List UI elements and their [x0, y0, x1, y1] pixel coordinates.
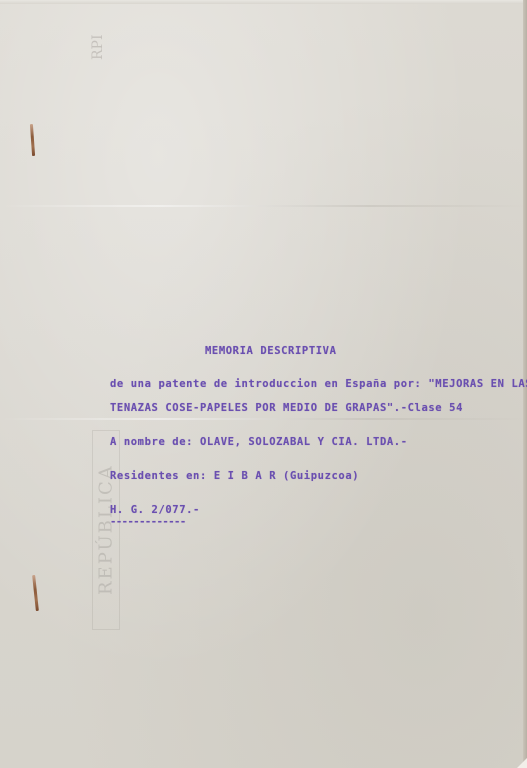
reference-underline: ------------- [110, 516, 186, 528]
folded-corner [517, 758, 527, 768]
margin-stamp-top: RPI [90, 10, 120, 60]
patent-description-line-1: de una patente de introduccion en España… [110, 378, 527, 390]
paper-top-edge [0, 0, 527, 4]
applicant-line: A nombre de: OLAVE, SOLOZABAL Y CIA. LTD… [110, 436, 408, 448]
paper-fold-line [0, 205, 527, 207]
patent-description-line-2: TENAZAS COSE-PAPELES POR MEDIO DE GRAPAS… [110, 402, 463, 414]
staple-mark-top [30, 124, 35, 156]
document-heading: MEMORIA DESCRIPTIVA [205, 345, 337, 357]
reference-number: H. G. 2/077.- [110, 504, 200, 516]
paper-fold-line [0, 418, 527, 420]
staple-mark-bottom [32, 575, 39, 611]
document-page: RPI REPÚBLICA MEMORIA DESCRIPTIVA de una… [0, 0, 527, 768]
residence-line: Residentes en: E I B A R (Guipuzcoa) [110, 470, 359, 482]
margin-watermark-stamp: REPÚBLICA [92, 430, 120, 630]
